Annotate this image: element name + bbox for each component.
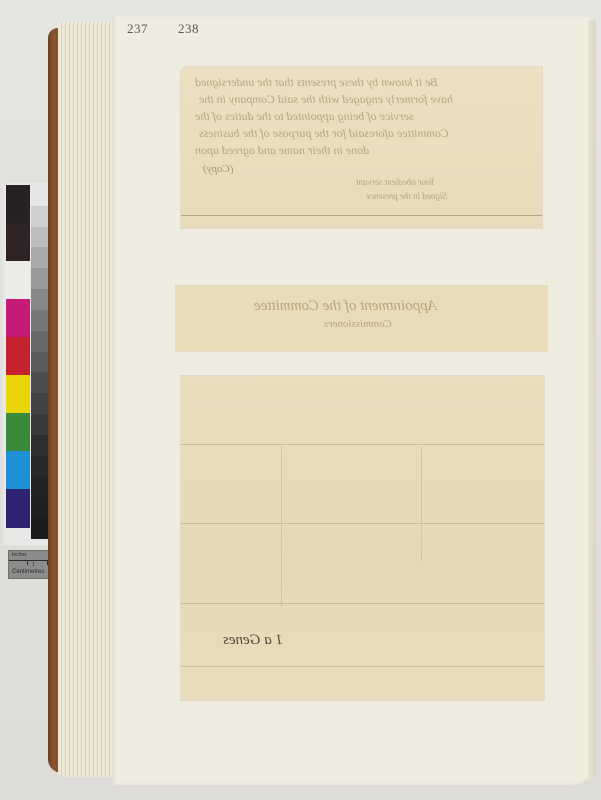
mounted-document-top: Be it known by these presents that the u… <box>181 67 542 228</box>
mirrored-handwriting-line: Be it known by these presents that the u… <box>195 75 438 90</box>
swatch-white <box>6 261 30 299</box>
mirrored-handwriting-line: service of being appointed to the duties… <box>195 109 414 124</box>
color-calibration-chart: Inches 1 1 2 Centimetres <box>3 183 53 583</box>
swatch-yellow <box>6 375 30 413</box>
swatch-dark-brown <box>6 223 30 261</box>
swatch-magenta <box>6 299 30 337</box>
fold-line-vertical <box>421 446 422 561</box>
swatch-red <box>6 337 30 375</box>
mirrored-handwriting-line: have formerly engaged with the said Comp… <box>199 92 453 107</box>
page-edges <box>58 22 118 777</box>
ruler-cm-label: Centimetres <box>12 569 44 575</box>
copy-notation: (Copy) <box>203 163 234 175</box>
mirrored-handwriting-line: done in their name and agreed upon <box>195 143 369 158</box>
signature-line-2: Signed in the presence <box>366 191 447 201</box>
endorsement-text: 1 a Genes <box>223 632 283 649</box>
swatch-blue-violet <box>6 489 30 528</box>
mirrored-handwriting-line: Committee aforesaid for the purpose of t… <box>199 126 449 141</box>
ruler-inches-label: Inches <box>12 552 27 558</box>
ruler-cm-mark-1: 1 <box>32 562 35 568</box>
swatch-black <box>6 185 30 223</box>
signature-line-1: Your obedient servant <box>356 177 435 187</box>
mirrored-title-line-1: Appointment of the Committee <box>254 298 437 315</box>
swatch-cyan <box>6 451 30 489</box>
fold-line <box>181 444 544 445</box>
page-number-right: 238 <box>178 21 199 37</box>
mirrored-title-line-2: Commissioners <box>324 318 392 330</box>
fold-line <box>181 603 544 604</box>
mounted-document-middle: Appointment of the Committee Commissione… <box>176 286 547 351</box>
fold-line <box>181 215 542 216</box>
fold-line <box>181 523 544 524</box>
swatch-green <box>6 413 30 451</box>
ruler-tick <box>27 560 28 565</box>
fold-line <box>181 666 544 667</box>
fold-line-vertical <box>281 446 282 606</box>
mounted-document-bottom: 1 a Genes <box>181 376 544 700</box>
page-right-edge <box>588 20 596 780</box>
page-number-left: 237 <box>127 21 148 37</box>
